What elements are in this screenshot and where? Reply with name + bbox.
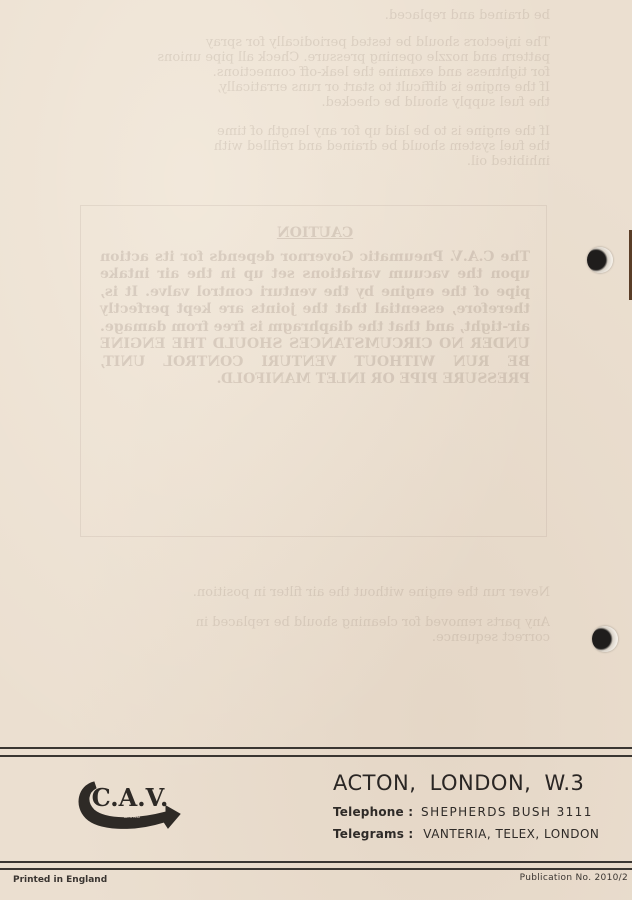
header-rule-top	[0, 747, 632, 749]
ghost-line: If the engine is to be laid up for any l…	[80, 124, 550, 139]
ghost-line: inhibited oil.	[80, 154, 550, 169]
cav-logo: C.A.V. LIMITED	[72, 776, 184, 834]
telegrams-line: Telegrams : VANTERIA, TELEX, LONDON	[333, 827, 613, 841]
ghost-line: If the engine is difficult to start or r…	[80, 80, 550, 95]
telephone-label: Telephone :	[333, 805, 413, 819]
telephone-line: Telephone : SHEPHERDS BUSH 3111	[333, 805, 613, 819]
bleed-through-caution: CAUTION The C.A.V. Pneumatic Governor de…	[100, 225, 530, 389]
footer-rule-top	[0, 861, 632, 863]
ghost-line: correct sequence.	[80, 630, 550, 645]
publication-number: Publication No. 2010/2	[520, 873, 628, 883]
ghost-line: the fuel supply should be checked.	[80, 95, 550, 110]
address-block: ACTON, LONDON, W.3 Telephone : SHEPHERDS…	[333, 771, 613, 841]
ghost-line: Never run the engine without the air fil…	[80, 585, 550, 600]
bleed-through-top: be drained and replaced. The injectors s…	[80, 8, 550, 169]
printed-in-england: Printed in England	[13, 875, 107, 885]
cav-arrow-logo-icon: C.A.V. LIMITED	[72, 776, 184, 834]
ghost-line: pattern and nozzle opening pressure. Che…	[80, 50, 550, 65]
ghost-line: be drained and replaced.	[80, 8, 550, 23]
ghost-line: The injectors should be tested periodica…	[80, 35, 550, 50]
svg-text:C.A.V.: C.A.V.	[92, 783, 169, 812]
bleed-through-bottom: Never run the engine without the air fil…	[80, 585, 550, 645]
svg-text:LIMITED: LIMITED	[124, 814, 140, 819]
ghost-line: for tightness and examine the leak-off c…	[80, 65, 550, 80]
telegrams-label: Telegrams :	[333, 827, 413, 841]
telephone-value: SHEPHERDS BUSH 3111	[421, 805, 593, 819]
ghost-line: the fuel system should be drained and re…	[80, 139, 550, 154]
header-rule-bottom	[0, 755, 632, 757]
ghost-caution-heading: CAUTION	[100, 225, 530, 243]
binder-hole-bottom	[592, 626, 618, 652]
telegrams-value: VANTERIA, TELEX, LONDON	[423, 827, 599, 841]
binder-hole-top	[587, 247, 613, 273]
ghost-caution-body: The C.A.V. Pneumatic Governor depends fo…	[100, 249, 530, 389]
address-title: ACTON, LONDON, W.3	[333, 771, 613, 795]
footer-rule-bottom	[0, 868, 632, 870]
ghost-line: Any parts removed for cleaning should be…	[80, 615, 550, 630]
